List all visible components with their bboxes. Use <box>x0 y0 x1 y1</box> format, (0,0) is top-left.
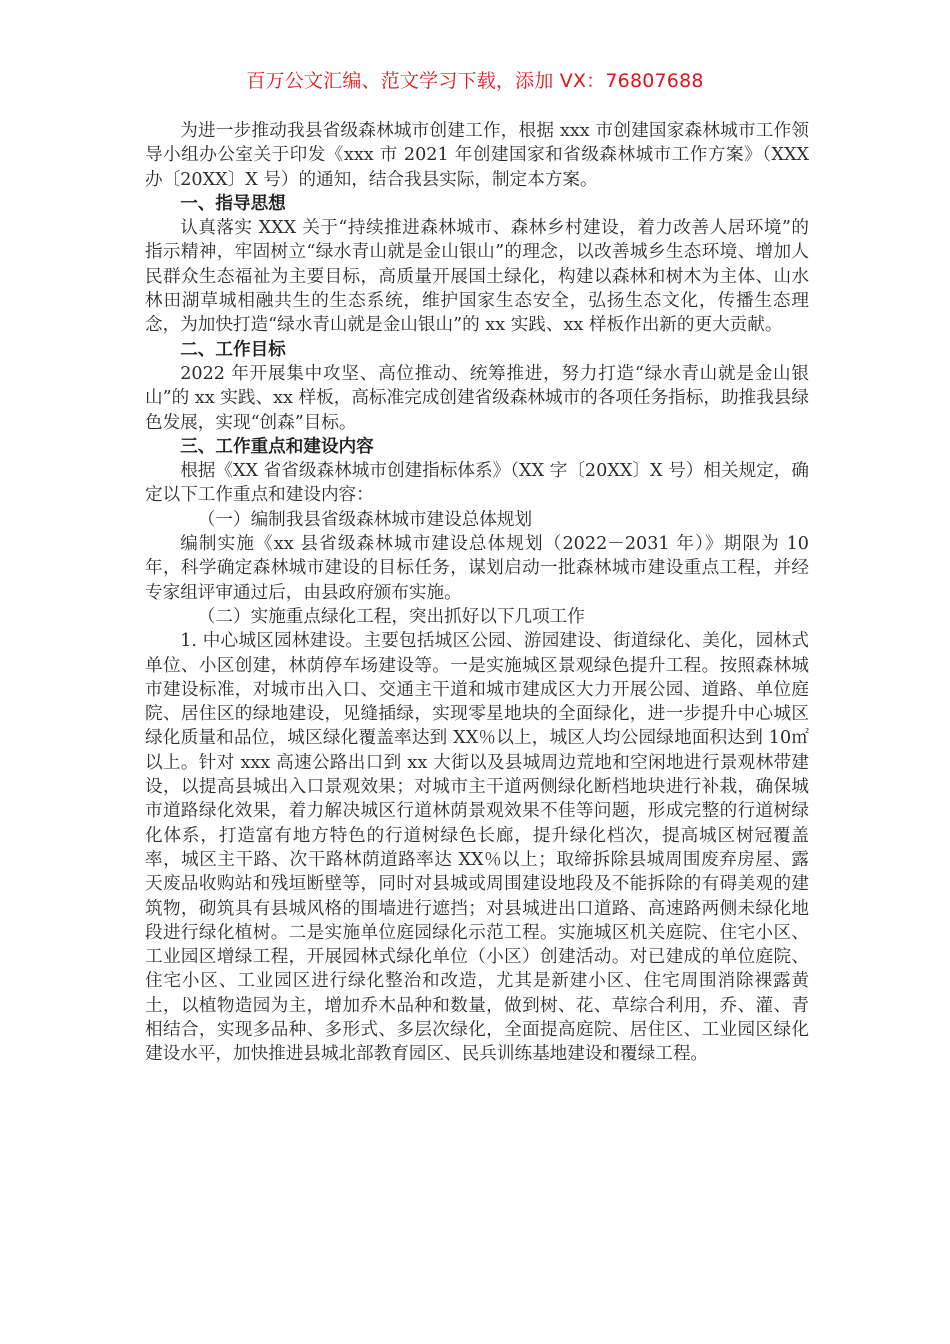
intro-paragraph: 为进一步推动我县省级森林城市创建工作，根据 xxx 市创建国家森林城市工作领导小… <box>145 119 809 192</box>
document-page: 百万公文汇编、范文学习下载，添加 VX：76807688 为进一步推动我县省级森… <box>0 0 950 1344</box>
section-heading-key-work: 三、工作重点和建设内容 <box>145 435 809 459</box>
section-heading-work-goals: 二、工作目标 <box>145 338 809 362</box>
work-goals-paragraph: 2022 年开展集中攻坚、高位推动、统筹推进，努力打造“绿水青山就是金山银山”的… <box>145 362 809 435</box>
subsection-heading-master-plan: （一）编制我县省级森林城市建设总体规划 <box>145 508 809 532</box>
section-heading-guiding-ideology: 一、指导思想 <box>145 192 809 216</box>
guiding-ideology-paragraph: 认真落实 XXX 关于“持续推进森林城市、森林乡村建设，着力改善人居环境”的指示… <box>145 216 809 337</box>
master-plan-paragraph: 编制实施《xx 县省级森林城市建设总体规划（2022－2031 年）》期限为 1… <box>145 532 809 605</box>
document-body: 为进一步推动我县省级森林城市创建工作，根据 xxx 市创建国家森林城市工作领导小… <box>145 119 809 1067</box>
urban-garden-paragraph: 1. 中心城区园林建设。主要包括城区公园、游园建设、街道绿化、美化，园林式单位、… <box>145 629 809 1066</box>
key-work-intro-paragraph: 根据《XX 省省级森林城市创建指标体系》（XX 字〔20XX〕X 号）相关规定，… <box>145 459 809 508</box>
subsection-heading-greening-projects: （二）实施重点绿化工程，突出抓好以下几项工作 <box>145 605 809 629</box>
watermark-banner: 百万公文汇编、范文学习下载，添加 VX：76807688 <box>0 66 950 96</box>
